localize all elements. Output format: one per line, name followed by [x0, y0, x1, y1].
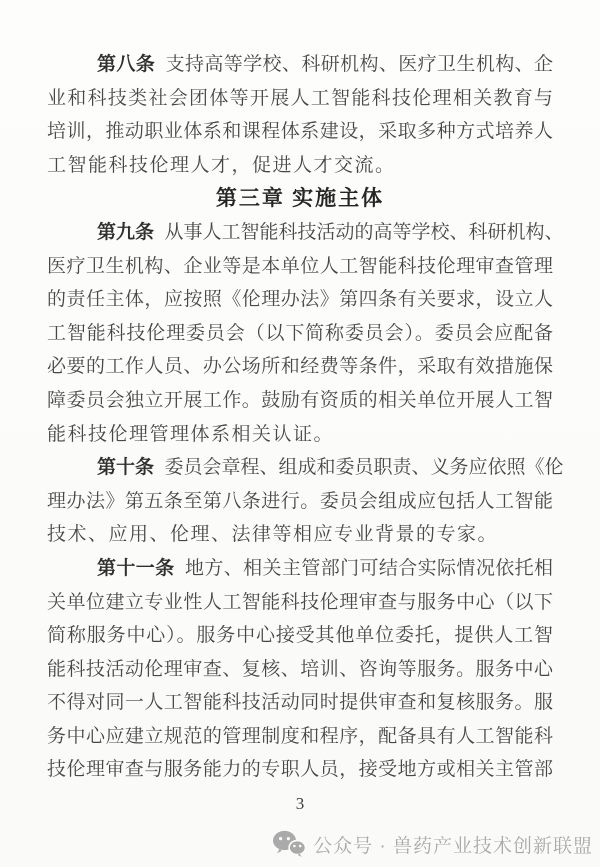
text-line: 的责任主体，应按照《伦理办法》第四条有关要求，设立人	[47, 283, 553, 317]
text-line: 能科技伦理管理体系相关认证。	[47, 418, 553, 452]
text-line: 技术、应用、伦理、法律等相应专业背景的专家。	[47, 518, 553, 552]
text-line: 医疗卫生机构、企业等是本单位人工智能科技伦理审查管理	[47, 250, 553, 284]
line-text: 技伦理审查与服务能力的专职人员，接受地方或相关主管部	[47, 759, 553, 780]
line-text: 工智能科技伦理委员会（以下简称委员会）。委员会应配备	[47, 323, 553, 344]
text-line: 技伦理审查与服务能力的专职人员，接受地方或相关主管部	[47, 753, 553, 787]
line-text: 务中心应建立规范的管理制度和程序，配备具有人工智能科	[47, 726, 553, 747]
line-text: 支持高等学校、科研机构、医疗卫生机构、企	[166, 54, 553, 75]
text-line: 简称服务中心）。服务中心接受其他单位委托，提供人工智	[47, 619, 553, 653]
article-number: 第十条	[97, 457, 154, 478]
watermark-text: 公众号 · 兽药产业技术创新联盟	[313, 831, 593, 858]
text-line: 第九条从事人工智能科技活动的高等学校、科研机构、	[47, 216, 553, 250]
line-text: 简称服务中心）。服务中心接受其他单位委托，提供人工智	[47, 625, 553, 646]
line-text: 理办法》第五条至第八条进行。委员会组成应包括人工智能	[47, 491, 553, 512]
line-text: 地方、相关主管部门可结合实际情况依托相	[185, 558, 553, 579]
document-page: 第八条支持高等学校、科研机构、医疗卫生机构、企业和科技类社会团体等开展人工智能科…	[0, 0, 600, 867]
text-line: 能科技活动伦理审查、复核、培训、咨询等服务。服务中心	[47, 653, 553, 687]
text-line: 关单位建立专业性人工智能科技伦理审查与服务中心（以下	[47, 586, 553, 620]
text-line: 业和科技类社会团体等开展人工智能科技伦理相关教育与	[47, 82, 553, 116]
line-text: 能科技伦理管理体系相关认证。	[47, 424, 334, 445]
article-number: 第十一条	[97, 558, 175, 579]
line-text: 工智能科技伦理人才，促进人才交流。	[47, 155, 396, 176]
page-number: 3	[0, 792, 600, 816]
line-text: 障委员会独立开展工作。鼓励有资质的相关单位开展人工智	[47, 390, 553, 411]
line-text: 从事人工智能科技活动的高等学校、科研机构、	[164, 222, 563, 243]
wechat-icon	[272, 830, 306, 858]
text-line: 不得对同一人工智能科技活动同时提供审查和复核服务。服	[47, 686, 553, 720]
line-text: 委员会章程、组成和委员职责、义务应依照《伦	[164, 457, 563, 478]
text-line: 第十一条地方、相关主管部门可结合实际情况依托相	[47, 552, 553, 586]
text-line: 务中心应建立规范的管理制度和程序，配备具有人工智能科	[47, 720, 553, 754]
article-number: 第九条	[97, 222, 154, 243]
line-text: 业和科技类社会团体等开展人工智能科技伦理相关教育与	[47, 88, 553, 109]
line-text: 技术、应用、伦理、法律等相应专业背景的专家。	[47, 524, 498, 545]
line-text: 必要的工作人员、办公场所和经费等条件，采取有效措施保	[47, 356, 553, 377]
text-line: 障委员会独立开展工作。鼓励有资质的相关单位开展人工智	[47, 384, 553, 418]
chapter-heading: 第三章 实施主体	[47, 182, 553, 216]
line-text: 培训，推动职业体系和课程体系建设，采取多种方式培养人	[47, 121, 553, 142]
watermark-footer: 公众号 · 兽药产业技术创新联盟	[272, 829, 593, 859]
text-line: 理办法》第五条至第八条进行。委员会组成应包括人工智能	[47, 485, 553, 519]
line-text: 不得对同一人工智能科技活动同时提供审查和复核服务。服	[47, 692, 553, 713]
text-line: 必要的工作人员、办公场所和经费等条件，采取有效措施保	[47, 350, 553, 384]
text-line: 工智能科技伦理委员会（以下简称委员会）。委员会应配备	[47, 317, 553, 351]
text-line: 第八条支持高等学校、科研机构、医疗卫生机构、企	[47, 48, 553, 82]
line-text: 能科技活动伦理审查、复核、培训、咨询等服务。服务中心	[47, 659, 553, 680]
text-line: 培训，推动职业体系和课程体系建设，采取多种方式培养人	[47, 115, 553, 149]
document-body: 第八条支持高等学校、科研机构、医疗卫生机构、企业和科技类社会团体等开展人工智能科…	[47, 48, 553, 787]
line-text: 的责任主体，应按照《伦理办法》第四条有关要求，设立人	[47, 289, 553, 310]
line-text: 关单位建立专业性人工智能科技伦理审查与服务中心（以下	[47, 592, 553, 613]
line-text: 医疗卫生机构、企业等是本单位人工智能科技伦理审查管理	[47, 256, 553, 277]
text-line: 第十条委员会章程、组成和委员职责、义务应依照《伦	[47, 451, 553, 485]
text-line: 工智能科技伦理人才，促进人才交流。	[47, 149, 553, 183]
article-number: 第八条	[97, 54, 155, 75]
